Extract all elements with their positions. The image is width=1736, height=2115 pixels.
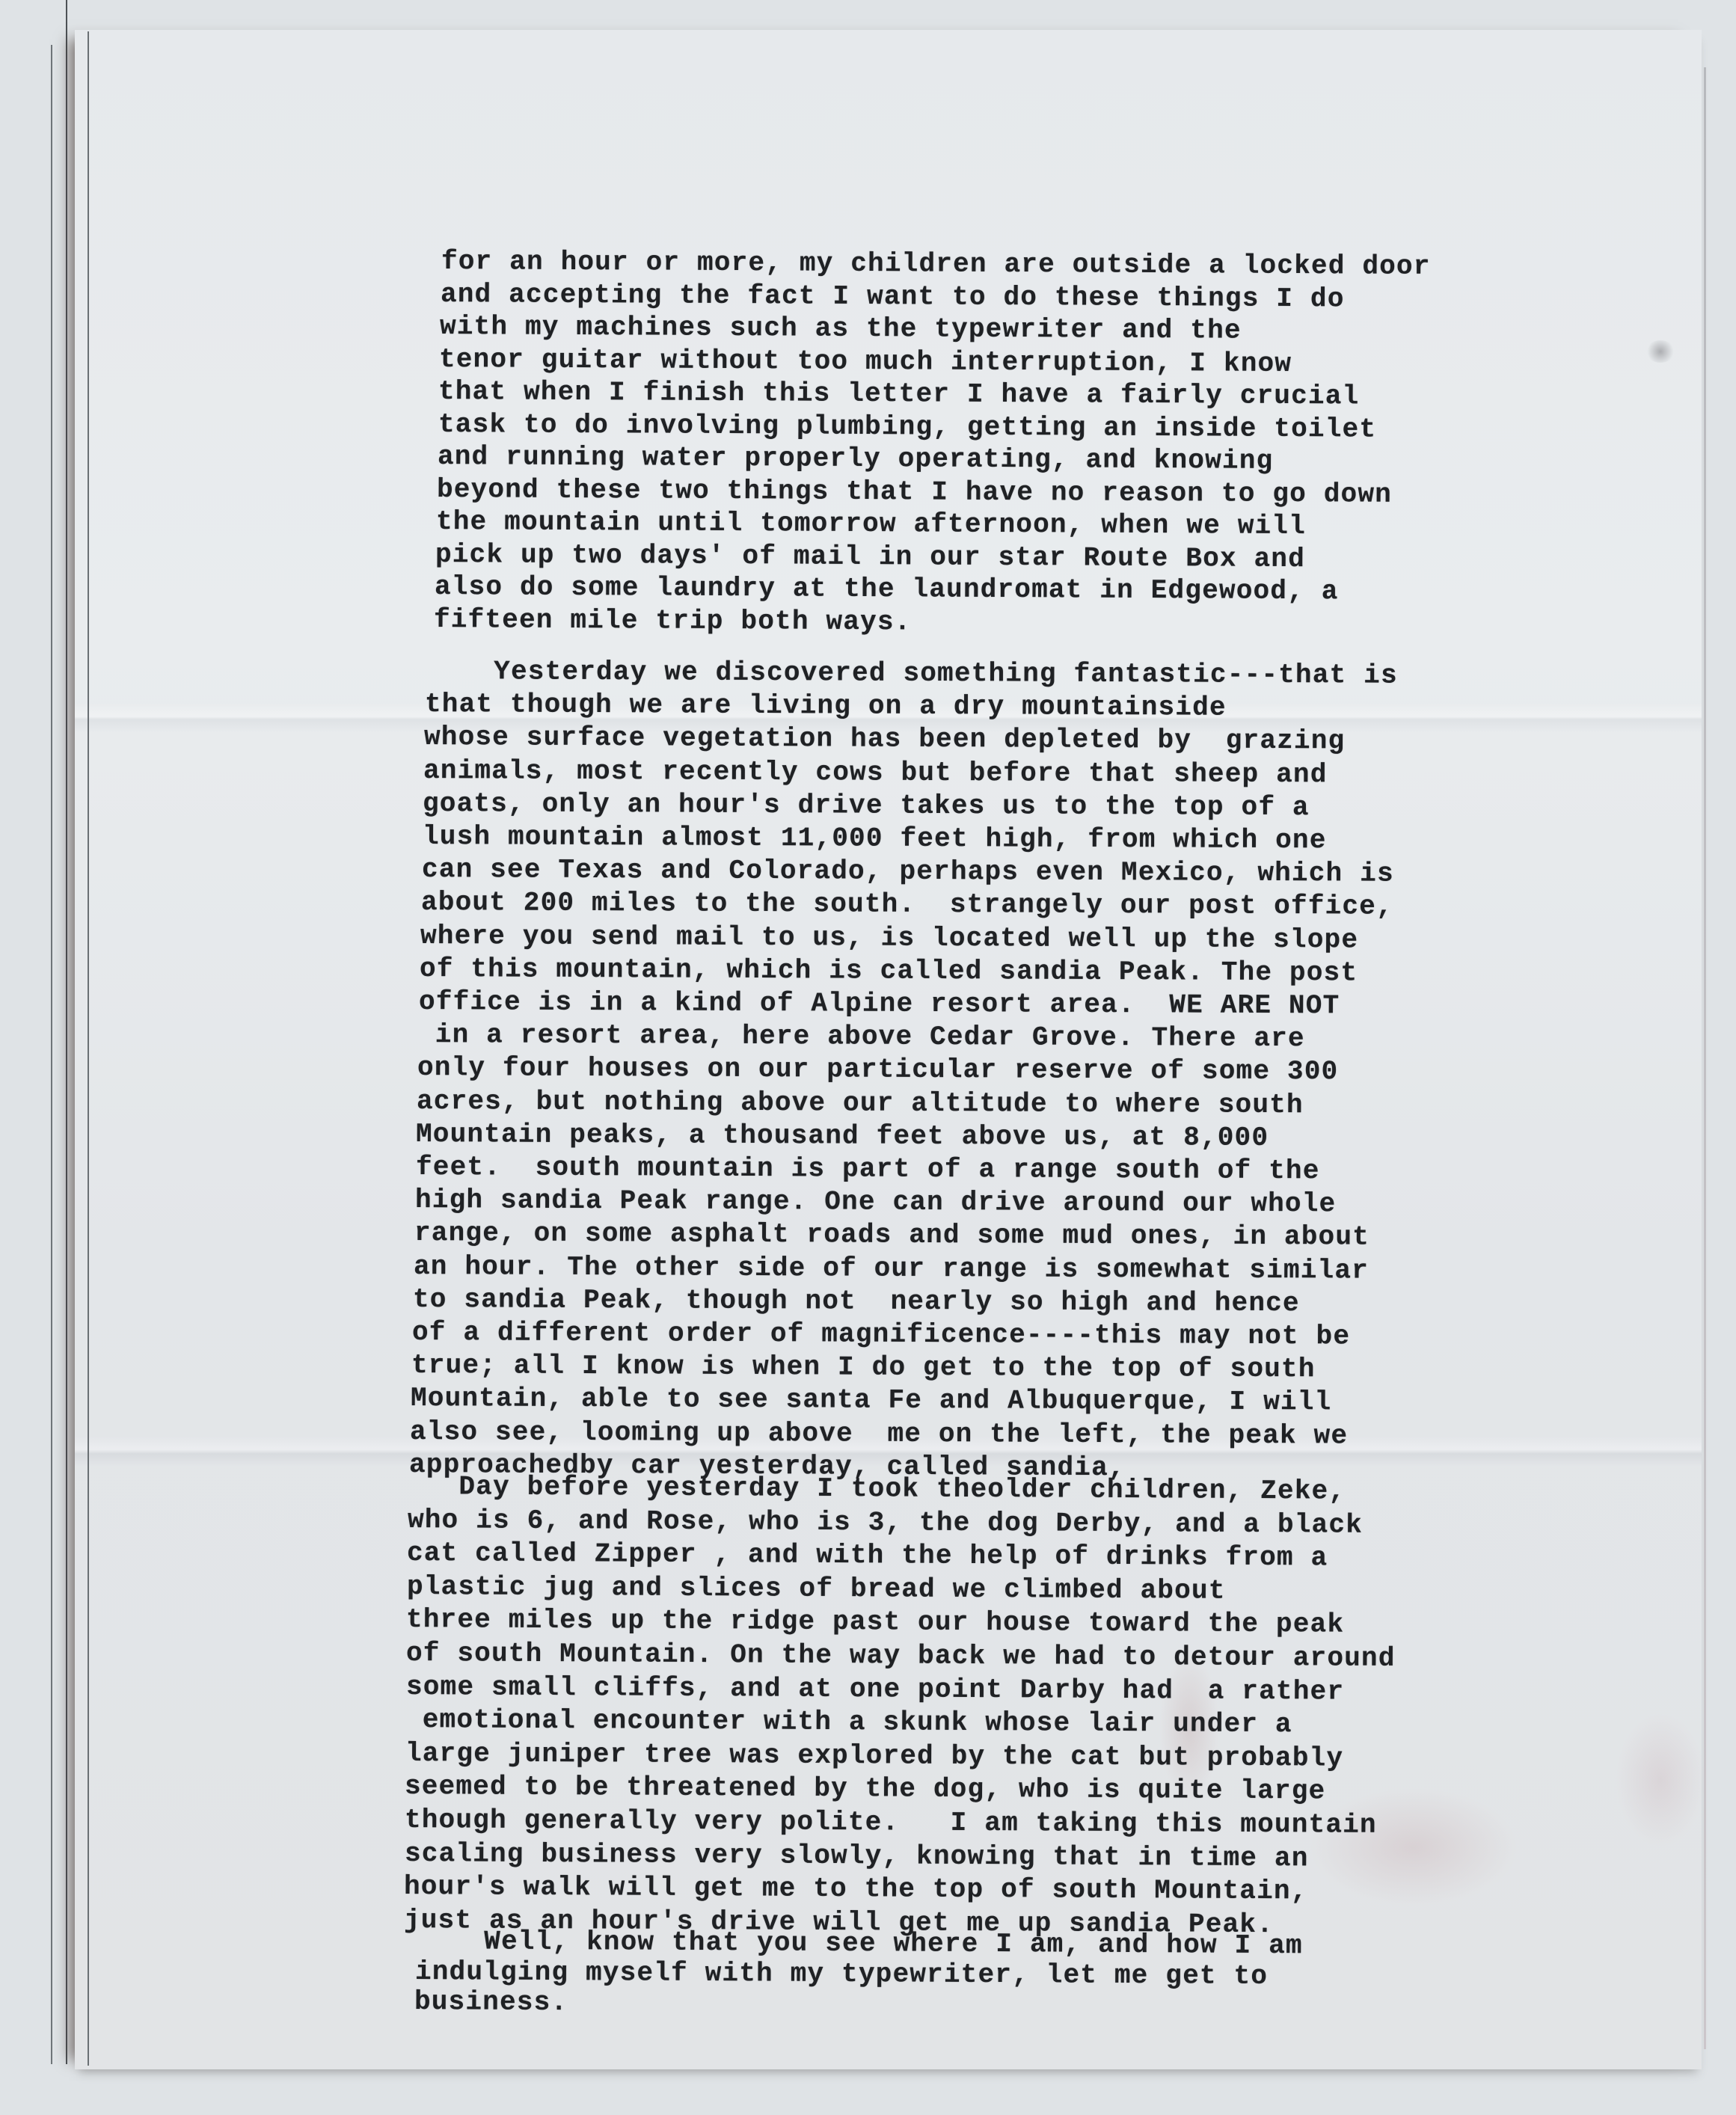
typed-line: tenor guitar without too much interrupti…	[439, 345, 1292, 379]
typed-line: range, on some asphalt roads and some mu…	[414, 1218, 1370, 1253]
typed-line: in a resort area, here above Cedar Grove…	[418, 1020, 1305, 1054]
typed-line: goats, only an hour's drive takes us to …	[423, 789, 1310, 823]
underlying-page-edge	[51, 45, 52, 2064]
typed-line: that when I finish this letter I have a …	[438, 377, 1360, 411]
typed-line: for an hour or more, my children are out…	[441, 247, 1431, 282]
typed-line: emotional encounter with a skunk whose l…	[405, 1705, 1292, 1740]
typed-line: fifteen mile trip both ways.	[434, 605, 912, 637]
underlying-page-edge	[88, 31, 89, 2066]
typed-line: where you send mail to us, is located we…	[420, 921, 1358, 955]
typed-line: scaling business very slowly, knowing th…	[404, 1839, 1308, 1873]
letter-sheet: for an hour or more, my children are out…	[75, 30, 1702, 2069]
typed-line: three miles up the ridge past our house …	[406, 1605, 1344, 1640]
typed-line: Day before yesterday I took theolder chi…	[408, 1472, 1346, 1507]
typed-line: whose surface vegetation has been deplet…	[424, 722, 1346, 756]
typed-line: though generally very polite. I am takin…	[405, 1805, 1377, 1841]
typed-line: about 200 miles to the south. strangely …	[421, 888, 1393, 922]
typed-line: large juniper tree was explored by the c…	[405, 1739, 1343, 1774]
typed-line: office is in a kind of Alpine resort are…	[419, 987, 1340, 1021]
underlying-page-edge	[66, 0, 67, 2064]
typed-line: of a different order of magnificence----…	[412, 1318, 1350, 1351]
typed-line: with my machines such as the typewriter …	[440, 312, 1242, 346]
underlying-page-edge-right	[1704, 67, 1706, 2049]
typed-line: acres, but nothing above our altitude to…	[417, 1087, 1304, 1120]
typed-line: Yesterday we discovered something fantas…	[426, 657, 1398, 691]
typed-line: high sandia Peak range. One can drive ar…	[415, 1185, 1337, 1219]
typed-line: plastic jug and slices of bread we climb…	[407, 1572, 1226, 1606]
typed-line: who is 6, and Rose, who is 3, the dog De…	[407, 1505, 1362, 1541]
typed-line: true; all I know is when I do get to the…	[411, 1351, 1316, 1384]
typed-line: hour's walk will get me to the top of so…	[404, 1872, 1308, 1906]
typed-line: lush mountain almost 11,000 feet high, f…	[422, 822, 1326, 856]
typed-line: also do some laundry at the laundromat i…	[435, 572, 1339, 607]
typed-line: also see, looming up above me on the lef…	[410, 1417, 1348, 1451]
typed-line: can see Texas and Colorado, perhaps even…	[422, 855, 1394, 889]
typed-line: task to do involving plumbing, getting a…	[438, 410, 1375, 445]
typed-line: to sandia Peak, though not nearly so hig…	[413, 1285, 1300, 1319]
typed-line: the mountain until tomorrow afternoon, w…	[436, 507, 1306, 541]
typed-line: and accepting the fact I want to do thes…	[441, 280, 1345, 314]
typed-line: some small cliffs, and at one point Darb…	[405, 1672, 1343, 1707]
typed-line: and running water properly operating, an…	[437, 442, 1273, 476]
typed-line: of south Mountain. On the way back we ha…	[406, 1639, 1396, 1674]
typed-line: of this mountain, which is called sandia…	[420, 954, 1358, 988]
typed-line: beyond these two things that I have no r…	[437, 475, 1392, 510]
typed-line: cat called Zipper , and with the help of…	[407, 1538, 1328, 1573]
typed-line: pick up two days' of mail in our star Ro…	[435, 540, 1305, 574]
typed-line: that though we are living on a dry mount…	[425, 690, 1227, 723]
typed-line: animals, most recently cows but before t…	[423, 756, 1328, 790]
typed-line: Well, know that you see where I am, and …	[416, 1927, 1303, 1961]
typed-line: business.	[414, 1987, 568, 2018]
typed-line: indulging myself with my typewriter, let…	[415, 1957, 1268, 1992]
typed-line: Mountain, able to see santa Fe and Albuq…	[411, 1384, 1332, 1417]
letter-body: for an hour or more, my children are out…	[75, 30, 1702, 2069]
typed-line: Mountain peaks, a thousand feet above us…	[416, 1120, 1269, 1153]
typed-line: feet. south mountain is part of a range …	[415, 1152, 1319, 1186]
typed-line: seemed to be threatened by the dog, who …	[405, 1772, 1326, 1806]
typed-line: only four houses on our particular reser…	[417, 1053, 1339, 1087]
typed-line: an hour. The other side of our range is …	[414, 1252, 1369, 1286]
